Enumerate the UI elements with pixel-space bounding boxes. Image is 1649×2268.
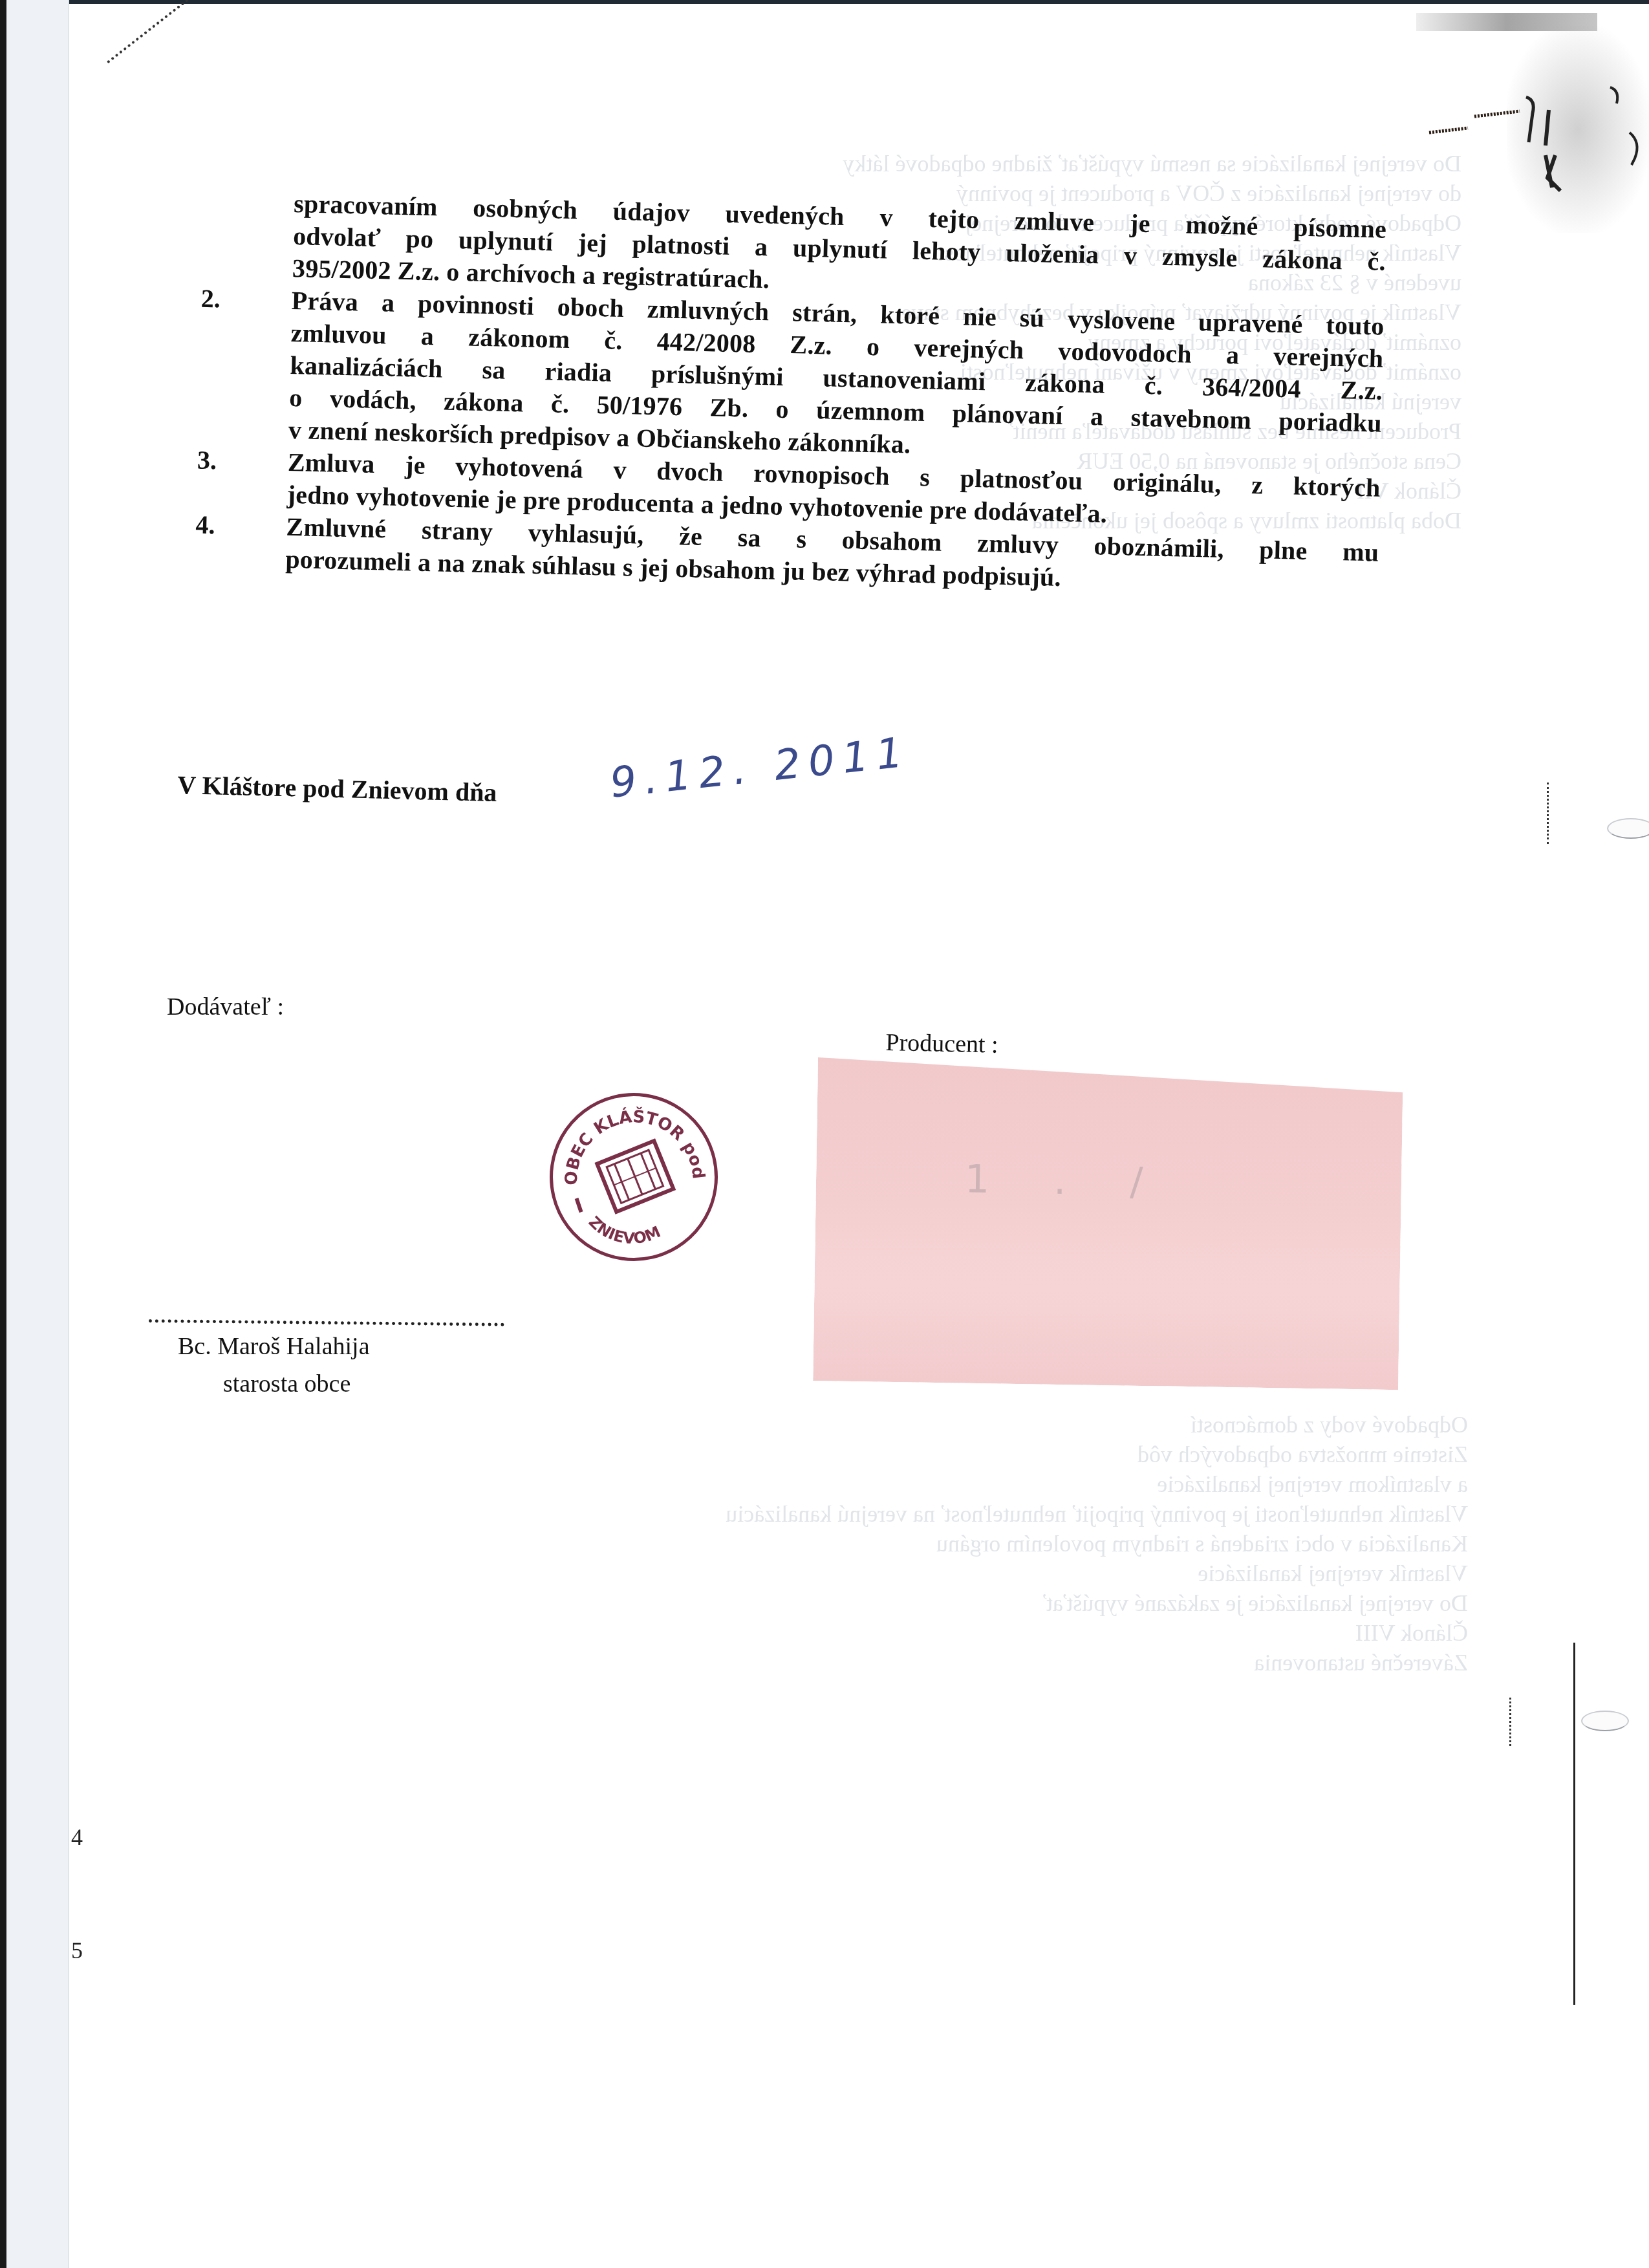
bleed-line: Článok VIII [175, 1618, 1468, 1648]
corner-handwriting-icon [1416, 78, 1649, 207]
margin-number: 5 [71, 1937, 83, 1964]
sticky-note-redaction: 1 . / [813, 1057, 1403, 1390]
clause-number: 3. [197, 444, 217, 477]
signer-name: Bc. Maroš Halahija [178, 1332, 370, 1361]
bleed-line: Odpadové vody z domácností [175, 1410, 1468, 1440]
scan-edge-top [0, 0, 1649, 4]
clause-number: 4. [195, 509, 215, 542]
bleed-line: Kanalizácia v obci zriadená s riadnym po… [175, 1529, 1468, 1559]
bleed-line: Vlastník verejnej kanalizácie [175, 1559, 1468, 1588]
scan-strip-left [6, 0, 69, 2268]
bleed-line: Do verejnej kanalizácie sa nesmú vypúšťa… [233, 149, 1461, 178]
punch-hole [1607, 818, 1649, 839]
margin-number: 4 [71, 1824, 83, 1851]
signer-role: starosta obce [223, 1370, 350, 1398]
scanned-page: Do verejnej kanalizácie sa nesmú vypúšťa… [0, 0, 1649, 2268]
stamp-top-text: OBEC KLÁŠTOR pod [560, 1097, 717, 1205]
bleed-line: Vlastník nehnuteľnosti je povinný pripoj… [175, 1499, 1468, 1529]
punch-hole [1581, 1711, 1629, 1731]
clause-number: 2. [200, 283, 221, 316]
scan-rule-mark [1573, 1643, 1575, 2005]
scan-edge-left [0, 0, 6, 2268]
svg-text:ZNIEVOM: ZNIEVOM [583, 1211, 665, 1252]
municipal-stamp-icon: OBEC KLÁŠTOR pod ZNIEVOM [539, 1082, 729, 1272]
stray-diagonal-mark [107, 0, 207, 65]
stray-dotted-mark [1547, 783, 1551, 844]
bleed-line: Zistenie množstva odpadových vôd [175, 1440, 1468, 1469]
supplier-label: Dodávateľ : [167, 993, 284, 1021]
svg-text:OBEC KLÁŠTOR pod: OBEC KLÁŠTOR pod [560, 1097, 717, 1205]
signature-line [149, 1319, 504, 1326]
stamp-bottom-text: ZNIEVOM [583, 1211, 665, 1252]
bleed-line: Do verejnej kanalizácie je zakázané vypú… [175, 1588, 1468, 1618]
bleed-line: Záverečné ustanovenia [175, 1648, 1468, 1678]
producer-label: Producent : [885, 1028, 998, 1059]
clauses-section: spracovaním osobných údajov uvedených v … [285, 188, 1387, 601]
clause-2: 2. Práva a povinnosti oboch zmluvných st… [288, 285, 1385, 472]
sticky-note-faint-text: 1 . / [965, 1157, 1170, 1205]
bleed-through-bottom: Odpadové vody z domácností Zistenie množ… [175, 1410, 1468, 1992]
stray-dotted-mark [1509, 1698, 1513, 1746]
bleed-line: a vlastníkom verejnej kanalizácie [175, 1469, 1468, 1499]
